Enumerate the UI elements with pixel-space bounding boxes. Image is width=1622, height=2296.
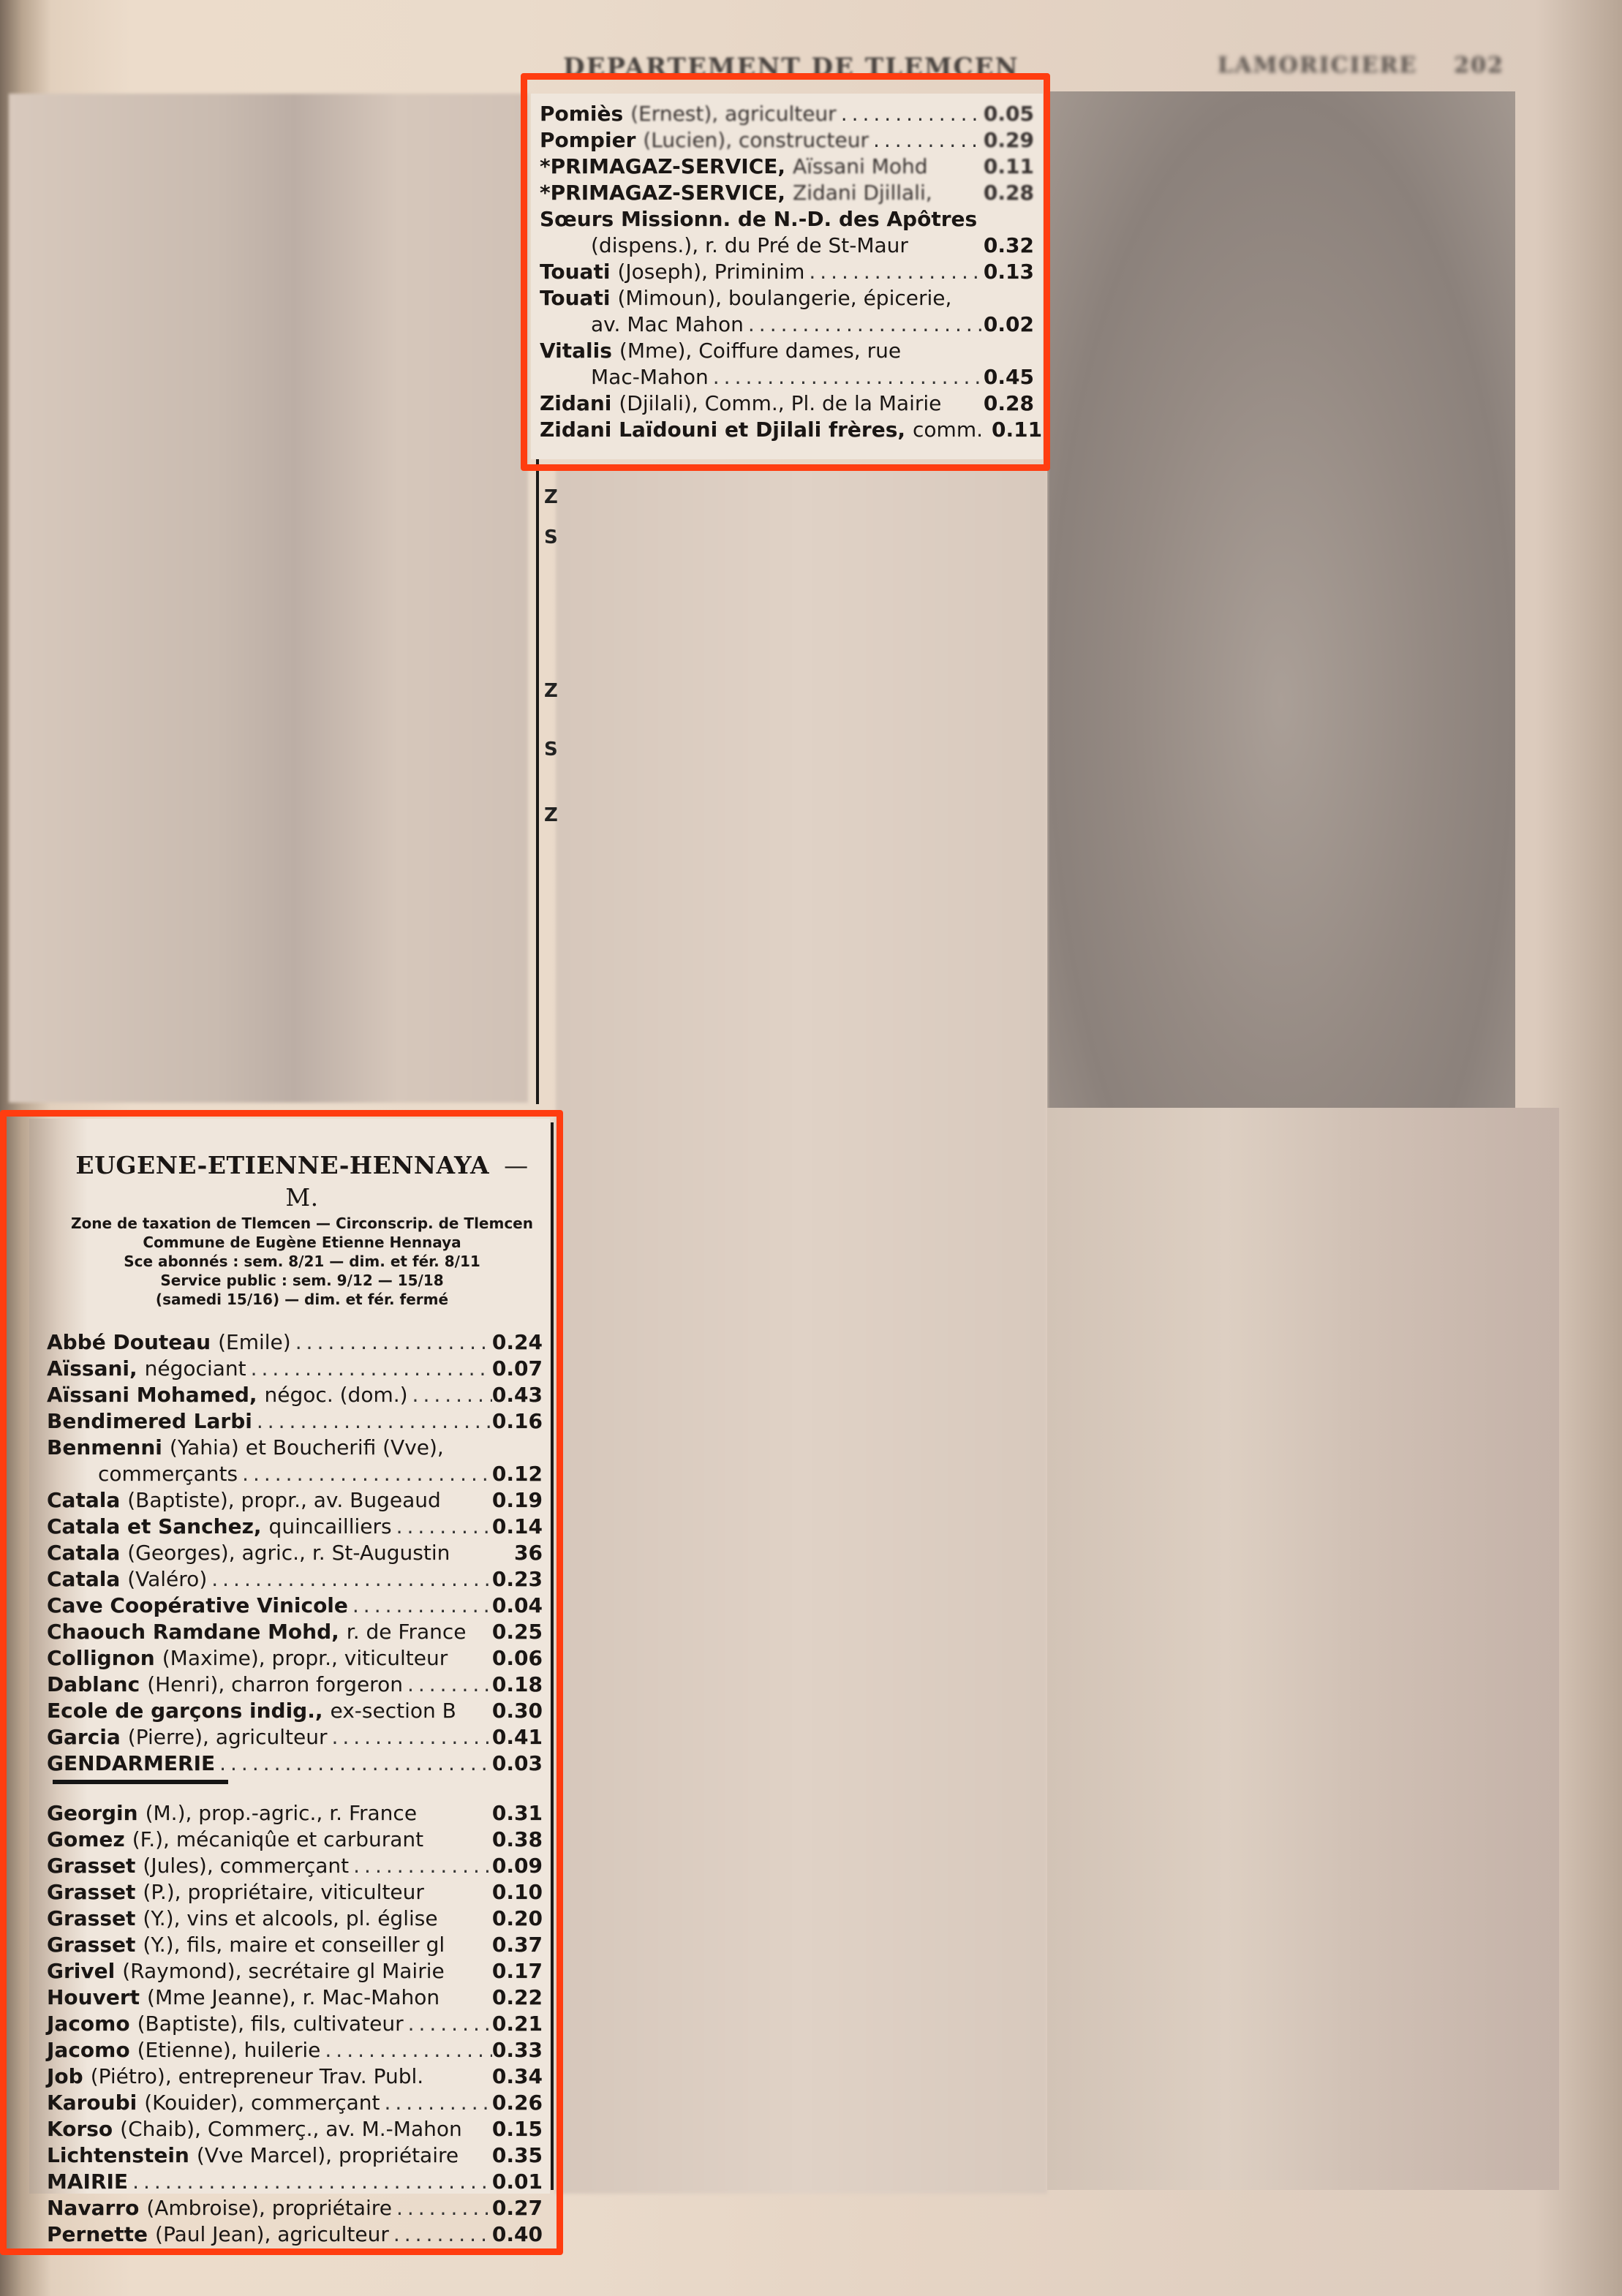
page-number: 202 bbox=[1454, 53, 1504, 78]
edge-fragment-glyph: Z bbox=[544, 486, 558, 508]
redacted-middle-column bbox=[556, 468, 1047, 2194]
column-rule-upper bbox=[536, 453, 539, 1104]
redacted-right-upper bbox=[1047, 91, 1515, 1108]
annotation-box-bottom bbox=[0, 1110, 563, 2255]
redacted-left-upper bbox=[9, 94, 528, 1103]
edge-fragment-glyph: Z bbox=[544, 804, 558, 826]
annotation-box-top bbox=[521, 73, 1050, 471]
redacted-right-lower bbox=[1047, 1108, 1559, 2190]
running-head-right-title: LAMORICIERE bbox=[1218, 53, 1417, 78]
edge-fragment-glyph: S bbox=[544, 739, 558, 760]
edge-fragment-glyph: S bbox=[544, 526, 558, 548]
running-head-right: LAMORICIERE202 bbox=[1218, 53, 1504, 78]
edge-fragment-glyph: Z bbox=[544, 680, 558, 702]
